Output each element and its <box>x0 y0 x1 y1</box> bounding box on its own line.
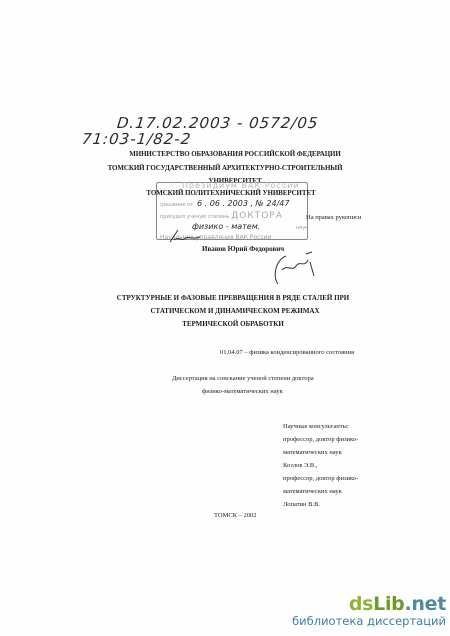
specialty-code: 01.04.07 – физика конденсированного сост… <box>220 349 354 356</box>
thesis-title-line-1: СТРУКТУРНЫЕ И ФАЗОВЫЕ ПРЕВРАЩЕНИЯ В РЯДЕ… <box>8 294 450 302</box>
logo-ds: ds <box>349 593 373 615</box>
university-heading-1: ТОМСКИЙ ГОСУДАРСТВЕННЫЙ АРХИТЕКТУРНО-СТР… <box>0 164 450 172</box>
logo-lib: Lib <box>373 593 404 615</box>
city-year: ТОМСК – 2002 <box>214 512 257 519</box>
stamp-degree-label: присудил ученую степень <box>160 214 229 220</box>
dissertation-degree-line-1: Диссертация на соискание ученой степени … <box>172 375 314 382</box>
stamp-field-handwritten: физико - матем. <box>192 222 260 231</box>
dslib-watermark[interactable]: dsLib.net библиотека диссертаций <box>292 594 446 628</box>
consultant-line: математических наук <box>283 446 358 459</box>
university-heading-2: ТОМСКИЙ ПОЛИТЕХНИЧЕСКИЙ УНИВЕРСИТЕТ <box>6 189 450 197</box>
consultants-heading: Научные консультанты: <box>283 420 358 433</box>
stamp-decision-line: (решение от6 . 06 . 2003 , № 24/47 <box>160 199 289 208</box>
handwritten-catalog-number: 71:03-1/82-2 <box>81 130 192 148</box>
scientific-consultants: Научные консультанты: профессор, доктор … <box>283 420 358 511</box>
thesis-title-line-3: ТЕРМИЧЕСКОЙ ОБРАБОТКИ <box>8 320 450 328</box>
dslib-logo[interactable]: dsLib.net <box>292 594 446 614</box>
logo-net: .net <box>404 593 446 615</box>
stamp-signature-icon <box>168 228 202 244</box>
consultant-line: профессор, доктор физико- <box>283 433 358 446</box>
document-page: D.17.02.2003 - 0572/05 71:03-1/82-2 МИНИ… <box>0 0 450 636</box>
stamp-field-suffix: наук <box>296 225 308 231</box>
stamp-degree-value: ДОКТОРА <box>231 211 283 221</box>
author-signature-icon <box>268 250 316 286</box>
rights-notice: На правах рукописи <box>306 214 361 221</box>
dslib-subtitle: библиотека диссертаций <box>292 614 446 628</box>
thesis-title-line-2: СТАТИЧЕСКОМ И ДИНАМИЧЕСКОМ РЕЖИМАХ <box>10 307 450 315</box>
stamp-decision-value: 6 . 06 . 2003 , № 24/47 <box>197 199 289 208</box>
consultant-line: математических наук <box>283 485 358 498</box>
ministry-heading: МИНИСТЕРСТВО ОБРАЗОВАНИЯ РОССИЙСКОЙ ФЕДЕ… <box>10 150 450 158</box>
stamp-degree-line: присудил ученую степеньДОКТОРА <box>160 211 283 221</box>
consultant-line: профессор, доктор физико- <box>283 472 358 485</box>
consultant-line: Лопатин В.В. <box>283 498 358 511</box>
stamp-decision-label: (решение от <box>160 202 193 208</box>
dissertation-degree-line-2: физико-математических наук <box>202 388 283 395</box>
consultant-line: Козлов Э.В., <box>283 459 358 472</box>
